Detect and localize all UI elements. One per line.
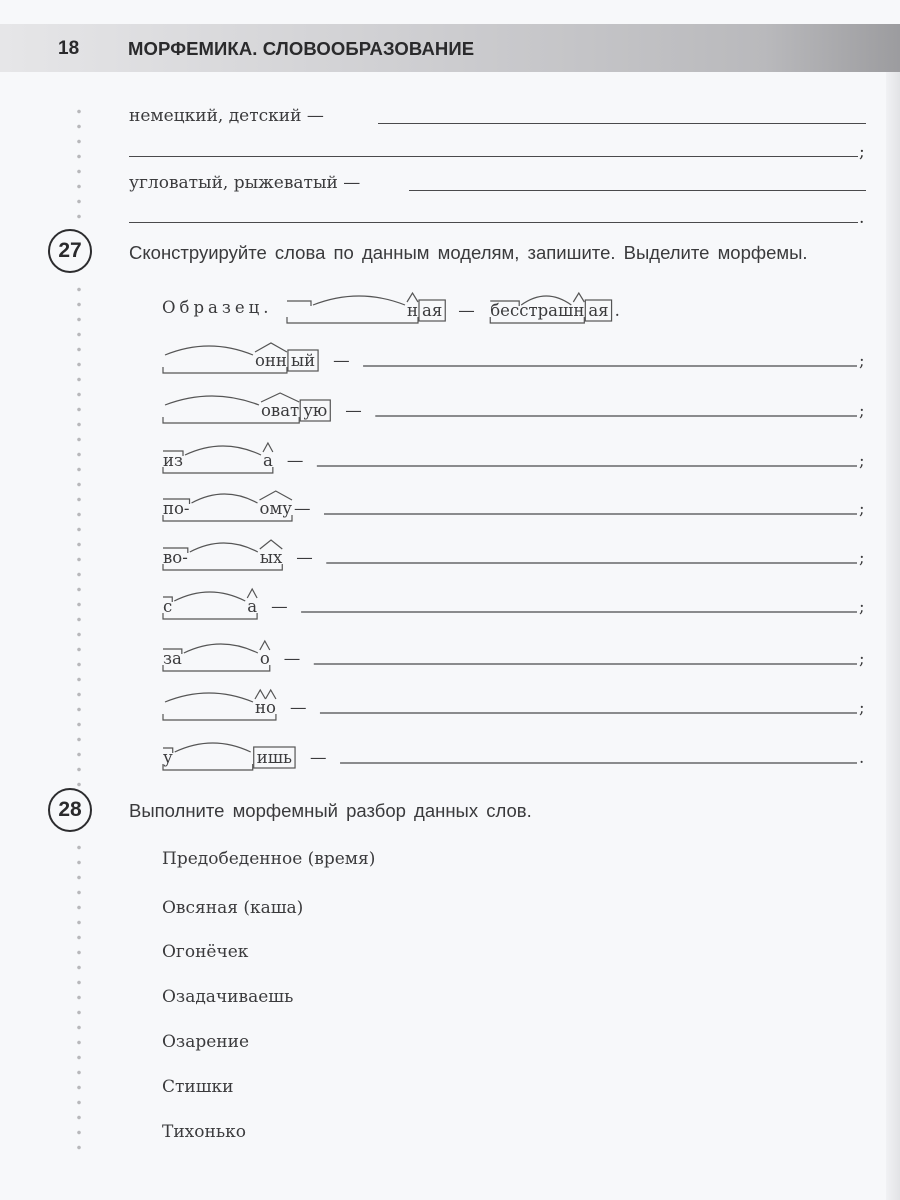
word-item: Предобеденное (время) xyxy=(162,849,375,869)
svg-text:ая: ая xyxy=(422,301,442,320)
morpheme-model: онный xyxy=(163,343,318,373)
model-dash: — xyxy=(333,351,350,370)
morpheme-model: са xyxy=(163,589,257,619)
svg-text:—: — xyxy=(458,301,475,320)
morpheme-model: во-ых xyxy=(163,540,283,570)
svg-text:оват: оват xyxy=(261,401,299,420)
model-dash: — xyxy=(345,401,362,420)
word-item: Озадачиваешь xyxy=(162,987,293,1007)
morpheme-model: но xyxy=(163,690,276,720)
svg-text:страш: страш xyxy=(519,301,573,320)
svg-text:за: за xyxy=(163,649,182,668)
model-dash: — xyxy=(284,649,301,668)
morpheme-model: иза xyxy=(163,443,273,473)
word-item: Стишки xyxy=(162,1077,234,1097)
svg-text:ую: ую xyxy=(303,401,327,420)
model-dash: — xyxy=(296,548,313,567)
svg-text:ых: ых xyxy=(260,548,283,567)
word-item: Тихонько xyxy=(162,1122,246,1142)
svg-text:ишь: ишь xyxy=(257,748,292,767)
svg-text:по-: по- xyxy=(163,499,190,518)
model-dash: — xyxy=(294,499,311,518)
svg-text:бес: бес xyxy=(490,301,519,320)
morpheme-model: оватую xyxy=(163,393,330,423)
model-dash: — xyxy=(290,698,307,717)
svg-text:н: н xyxy=(407,301,418,320)
svg-text:о: о xyxy=(260,649,270,668)
line-end-punct: ; xyxy=(859,548,865,567)
word-item: Овсяная (каша) xyxy=(162,898,303,918)
morpheme-model: зао xyxy=(163,641,270,671)
word-item: Огонёчек xyxy=(162,942,248,962)
task-28-instruction: Выполните морфемный разбор данных слов. xyxy=(129,799,874,823)
morpheme-model: по-ому xyxy=(163,491,292,521)
line-end-punct: ; xyxy=(859,499,865,518)
word-item: Озарение xyxy=(162,1032,249,1052)
svg-text:ая: ая xyxy=(588,301,608,320)
svg-text:но: но xyxy=(255,698,276,717)
line-end-punct: ; xyxy=(859,597,865,616)
model-dash: — xyxy=(287,451,304,470)
svg-text:н: н xyxy=(573,301,584,320)
morpheme-models: ная—бесстрашная.онный—;оватую—;иза—;по-о… xyxy=(0,0,900,1200)
svg-text:во-: во- xyxy=(163,548,188,567)
svg-text:онн: онн xyxy=(255,351,287,370)
svg-text:а: а xyxy=(247,597,257,616)
model-dash: — xyxy=(271,597,288,616)
svg-text:у: у xyxy=(163,748,173,767)
morpheme-model: ная xyxy=(287,293,445,323)
line-end-punct: ; xyxy=(859,401,865,420)
svg-text:.: . xyxy=(615,301,620,320)
line-end-punct: ; xyxy=(859,649,865,668)
morpheme-model: бесстрашная xyxy=(490,293,611,323)
svg-text:из: из xyxy=(163,451,183,470)
svg-text:ому: ому xyxy=(260,499,293,518)
line-end-punct: ; xyxy=(859,451,865,470)
model-dash: — xyxy=(310,748,327,767)
task-number-28: 28 xyxy=(48,788,92,832)
svg-text:ый: ый xyxy=(291,351,315,370)
line-end-punct: . xyxy=(859,748,864,767)
svg-text:а: а xyxy=(263,451,273,470)
svg-text:с: с xyxy=(163,597,172,616)
morpheme-model: уишь xyxy=(163,743,295,770)
line-end-punct: ; xyxy=(859,351,865,370)
line-end-punct: ; xyxy=(859,698,865,717)
